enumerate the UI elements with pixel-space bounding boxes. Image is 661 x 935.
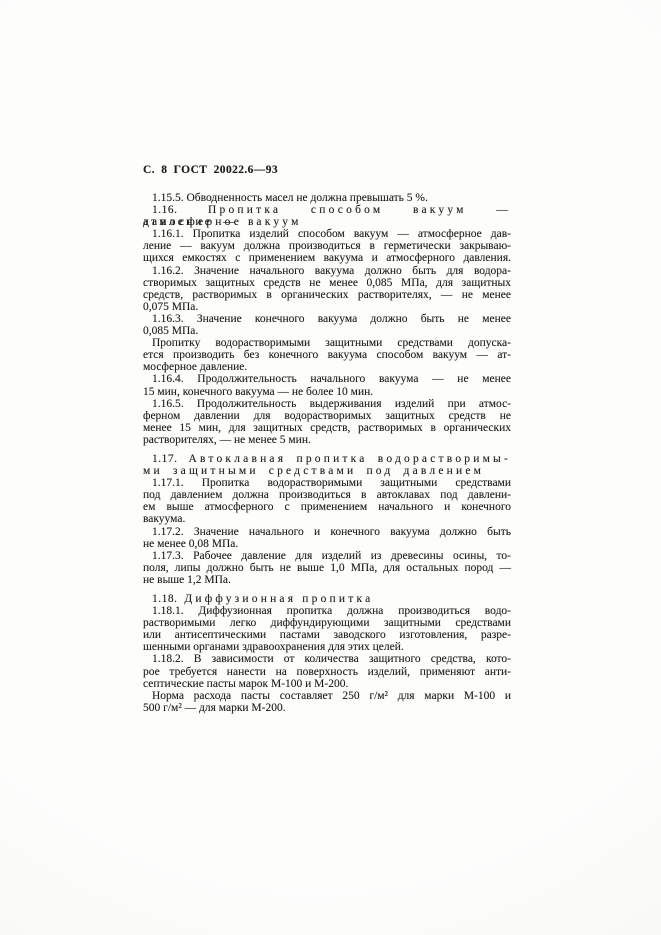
heading-number: 1.16. bbox=[152, 204, 178, 216]
text-line: септические пасты марок М-100 и М-200. bbox=[143, 678, 511, 690]
text-line: ем выше атмосферного с применением начал… bbox=[143, 501, 511, 513]
text-line: не менее 0,08 МПа. bbox=[143, 538, 511, 550]
heading-text: Диффузионная пропитка bbox=[184, 593, 373, 605]
text-line: 500 г/м² — для марки М-200. bbox=[143, 702, 511, 714]
heading-line: 1.16. Пропитка способом вакуум — атмосфе… bbox=[143, 204, 511, 216]
text-line: давление — вакуум bbox=[143, 216, 511, 228]
text-line: 0,085 МПа. bbox=[143, 325, 511, 337]
heading-number: 1.17. bbox=[152, 453, 178, 465]
text-line: под давлением должна производиться в авт… bbox=[143, 489, 511, 501]
text-line: 1.16.4. Продолжительность начального вак… bbox=[143, 373, 511, 385]
text-line: Норма расхода пасты составляет 250 г/м² … bbox=[143, 690, 511, 702]
text-line: 1.15.5. Обводненность масел не должна пр… bbox=[143, 192, 511, 204]
document-page: С. 8 ГОСТ 20022.6—93 1.15.5. Обводненнос… bbox=[0, 0, 661, 935]
text-line: 0,075 МПа. bbox=[143, 301, 511, 313]
page-header: С. 8 ГОСТ 20022.6—93 bbox=[143, 164, 278, 177]
text-line: 1.17.1. Пропитка водорастворимыми защитн… bbox=[143, 477, 511, 489]
text-line: 1.18.1. Диффузионная пропитка должна про… bbox=[143, 605, 511, 617]
text-line: ми защитными средствами под давлением bbox=[143, 465, 511, 477]
text-line: 1.16.3. Значение конечного вакуума должн… bbox=[143, 313, 511, 325]
text-line: шенными органами здравоохранения для эти… bbox=[143, 641, 511, 653]
document-body: 1.15.5. Обводненность масел не должна пр… bbox=[143, 192, 511, 714]
text-line: рое требуется нанести на поверхность изд… bbox=[143, 666, 511, 678]
heading-text: Автоклавная пропитка водорастворимы- bbox=[189, 453, 511, 465]
text-line: менее 15 мин, для защитных средств, раст… bbox=[143, 422, 511, 434]
heading-line: 1.18. Диффузионная пропитка bbox=[143, 593, 511, 605]
text-line: 1.18.2. В зависимости от количества защи… bbox=[143, 653, 511, 665]
text-line: мосферное давление. bbox=[143, 361, 511, 373]
text-line: ление — вакуум должна производиться в ге… bbox=[143, 240, 511, 252]
text-line: Пропитку водорастворимыми защитными сред… bbox=[143, 337, 511, 349]
text-line: растворителях, — не менее 5 мин. bbox=[143, 434, 511, 446]
text-line: 15 мин, конечного вакуума — не более 10 … bbox=[143, 386, 511, 398]
text-line: 1.16.1. Пропитка изделий способом вакуум… bbox=[143, 228, 511, 240]
text-line: вакуума. bbox=[143, 513, 511, 525]
text-line: 1.17.2. Значение начального и конечного … bbox=[143, 526, 511, 538]
text-line: ется производить без конечного вакуума с… bbox=[143, 349, 511, 361]
text-line: средств, растворимых в органических раст… bbox=[143, 289, 511, 301]
text-line: поля, липы должно быть не выше 1,0 МПа, … bbox=[143, 562, 511, 574]
heading-line: 1.17. Автоклавная пропитка водорастворим… bbox=[143, 453, 511, 465]
text-line: 1.16.2. Значение начального вакуума долж… bbox=[143, 265, 511, 277]
text-line: 1.17.3. Рабочее давление для изделий из … bbox=[143, 550, 511, 562]
text-line: створимых защитных средств не менее 0,08… bbox=[143, 277, 511, 289]
text-line: 1.16.5. Продолжительность выдерживания и… bbox=[143, 398, 511, 410]
text-line: или антисептическими пастами заводского … bbox=[143, 629, 511, 641]
text-line: щихся емкостях с применением вакуума и а… bbox=[143, 252, 511, 264]
text-line: растворимыми легко диффундирующими защит… bbox=[143, 617, 511, 629]
heading-number: 1.18. bbox=[152, 593, 178, 605]
text-line: ферном давлении для водорастворимых защи… bbox=[143, 410, 511, 422]
text-line: не выше 1,2 МПа. bbox=[143, 574, 511, 586]
